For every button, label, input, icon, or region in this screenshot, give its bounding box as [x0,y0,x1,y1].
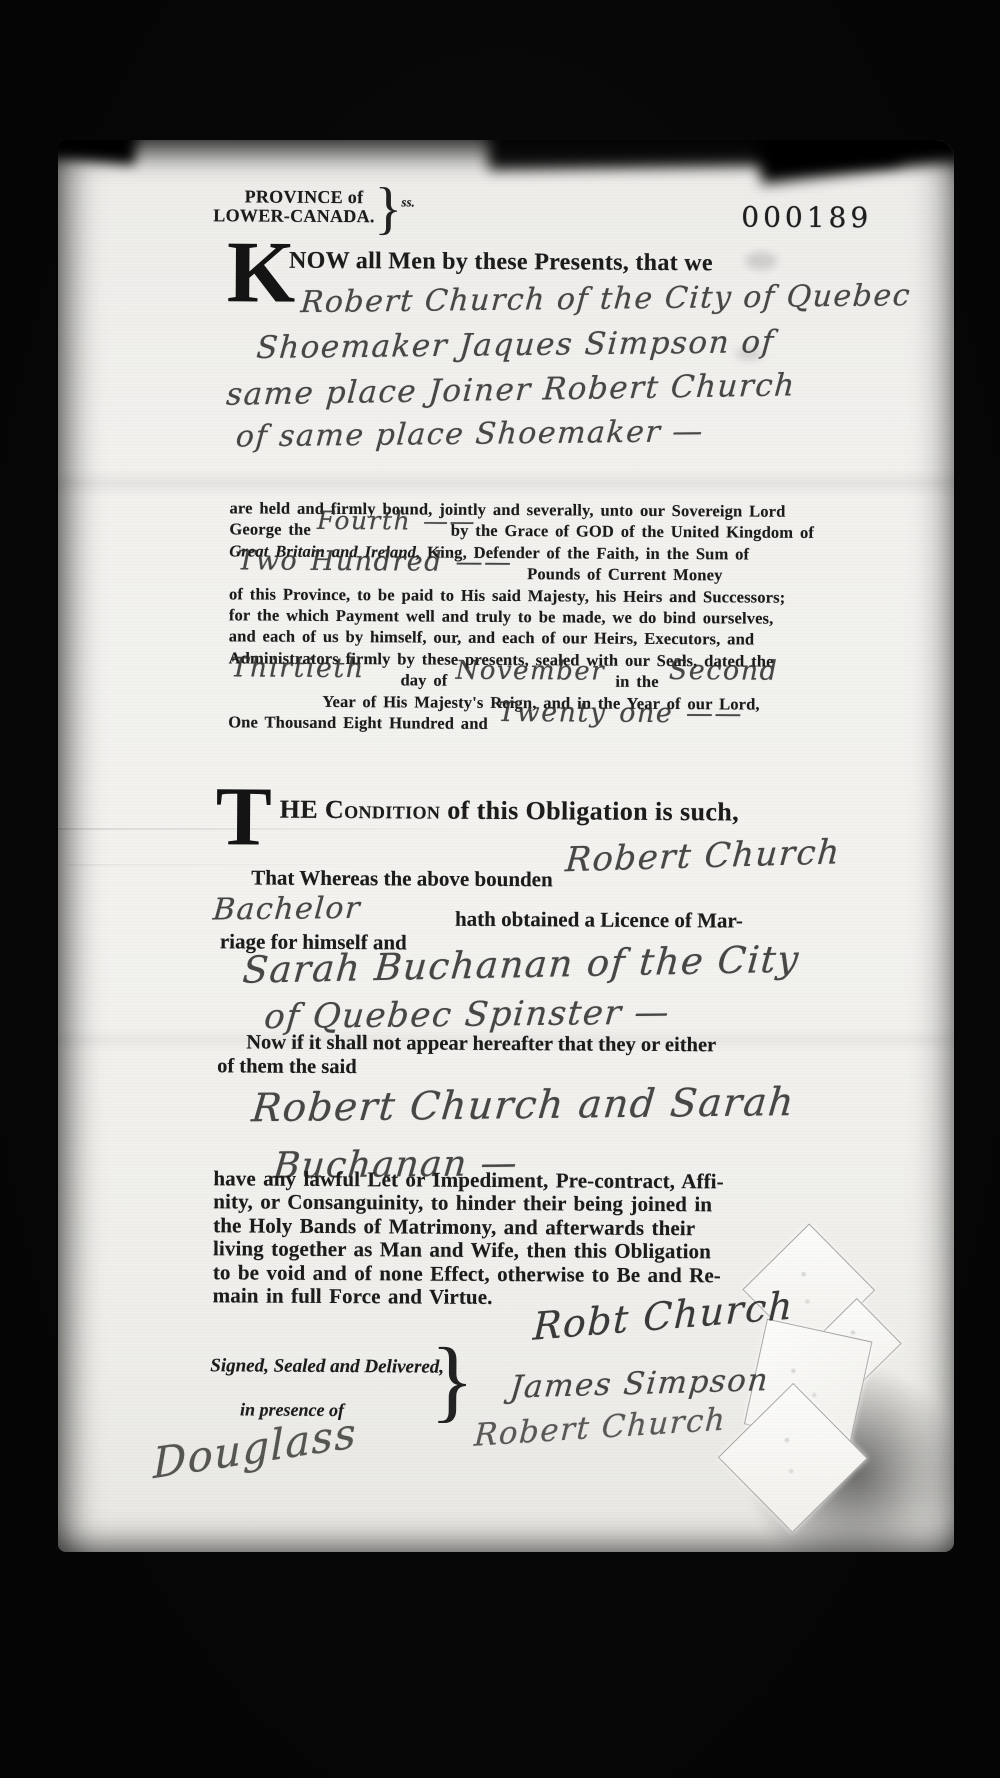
bond-text: One Thousand Eight Hundred and [228,712,488,733]
whereas-line: That Whereas the above bounden [251,865,553,892]
handwritten-regnal-year: Second [669,660,779,682]
photo-background: PROVINCE of LOWER-CANADA. } ss. 000189 K… [0,0,1000,1778]
closing-paragraph: have any lawful Let or Impediment, Pre-c… [213,1167,784,1311]
condition-headline-smallcaps: Condition [325,795,441,825]
licence-line-1: hath obtained a Licence of Mar- [455,907,743,934]
condition-headline: HE Condition of this Obligation is such, [280,795,740,828]
jurisdiction-line-1: PROVINCE of [213,187,363,207]
opening-headline: NOW all Men by these Presents, that we [289,248,713,278]
handwritten-year: Twenty one —— [498,702,743,725]
party-signature: James Simpson [509,1362,771,1406]
serial-number-stamp: 000189 [741,200,872,234]
bond-text: George the [229,520,311,539]
document-page: PROVINCE of LOWER-CANADA. } ss. 000189 K… [58,140,954,1552]
handwritten-bride-line: of Quebec Spinster — [263,992,672,1037]
handwritten-day: Thirtieth [230,658,364,680]
bond-paragraph: are held and firmly bound, jointly and s… [228,497,777,736]
bond-line: One Thousand Eight Hundred andTwenty one… [228,711,776,736]
handwritten-obligors-line: same place Joiner Robert Church [225,367,797,412]
bond-text: Pounds of Current Money [527,564,722,584]
dropcap-t: T [215,783,271,852]
handwritten-bounden-name: Robert Church [564,832,842,880]
party-signature: Robert Church [473,1401,727,1453]
condition-headline-rest: of this Obligation is such, [440,796,739,827]
handwritten-obligors-line: of same place Shoemaker — [235,414,705,454]
page-content: PROVINCE of LOWER-CANADA. } ss. 000189 K… [58,140,954,1552]
attestation-line-1: Signed, Sealed and Delivered, [210,1355,444,1378]
now-line-2: of them the said [217,1055,357,1079]
bond-text: day of [400,671,447,690]
handwritten-sum: Two Hundred —— [237,551,512,574]
bond-text: in the [615,672,658,691]
handwritten-regnal-name: Fourth —— [317,510,476,532]
handwritten-obligors-line: Robert Church of the City of Quebec [300,278,913,320]
now-line-1: Now if it shall not appear hereafter tha… [246,1031,716,1057]
jurisdiction-heading: PROVINCE of LOWER-CANADA. [213,187,363,226]
handwritten-status: Bachelor [212,891,362,928]
header-brace: } [374,174,402,241]
dropcap-k: K [227,237,296,310]
bond-text: by the Grace of GOD of the United Kingdo… [451,521,814,542]
handwritten-couple-line: Robert Church and Sarah [250,1080,797,1131]
ss-notation: ss. [401,194,414,210]
handwritten-obligors-line: Shoemaker Jaques Simpson of [255,324,776,366]
handwritten-month: November [455,661,605,683]
attestation-brace: } [430,1327,475,1433]
jurisdiction-line-2: LOWER-CANADA. [213,206,363,226]
condition-headline-he: HE [280,795,325,824]
